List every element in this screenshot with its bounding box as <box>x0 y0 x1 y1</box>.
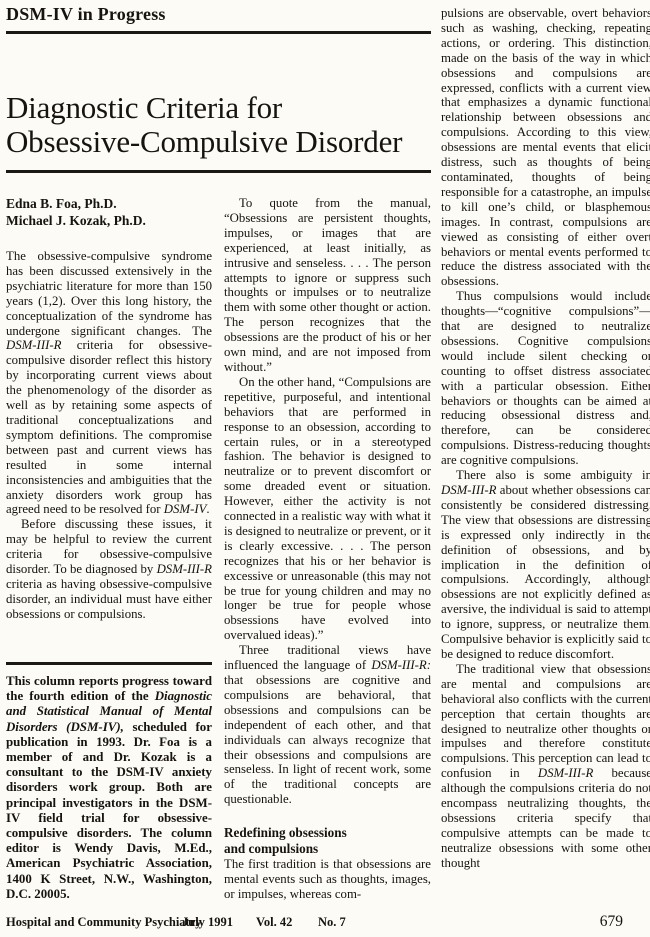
issue-number: No. 7 <box>318 915 346 930</box>
left-column: Edna B. Foa, Ph.D. Michael J. Kozak, Ph.… <box>6 196 212 902</box>
paragraph: On the other hand, “Compulsions are repe… <box>224 375 431 643</box>
paragraph: Three traditional views have influenced … <box>224 643 431 807</box>
footer: Hospital and Community Psychiatry July 1… <box>6 912 647 930</box>
paragraph: This column reports progress toward the … <box>6 674 212 902</box>
article-title: Diagnostic Criteria for Obsessive-Compul… <box>6 91 431 159</box>
left-column-text: The obsessive-compulsive syndrome has be… <box>6 249 212 622</box>
journal-page: DSM-IV in Progress Diagnostic Criteria f… <box>0 0 650 937</box>
byline: Edna B. Foa, Ph.D. Michael J. Kozak, Ph.… <box>6 196 212 229</box>
section-heading: Redefining obsessions and compulsions <box>224 825 431 856</box>
right-column-text: pulsions are observable, overt behaviors… <box>441 6 650 871</box>
paragraph: The traditional view that obsessions are… <box>441 662 650 871</box>
right-column: pulsions are observable, overt behaviors… <box>441 4 650 898</box>
middle-column: To quote from the manual, “Obsessions ar… <box>224 196 431 902</box>
paragraph: Thus compulsions would include thoughts—… <box>441 289 650 468</box>
page-number: 679 <box>600 913 623 931</box>
journal-name: Hospital and Community Psychiatry <box>6 915 202 930</box>
masthead: DSM-IV in Progress Diagnostic Criteria f… <box>6 4 431 173</box>
page-content: DSM-IV in Progress Diagnostic Criteria f… <box>6 4 647 902</box>
editor-note-text: This column reports progress toward the … <box>6 674 212 902</box>
issue-date: July 1991 <box>182 915 233 930</box>
title-rule <box>6 170 431 173</box>
paragraph: To quote from the manual, “Obsessions ar… <box>224 196 431 375</box>
section-label: DSM-IV in Progress <box>6 4 431 25</box>
volume: Vol. 42 <box>256 915 292 930</box>
middle-column-text: To quote from the manual, “Obsessions ar… <box>224 196 431 902</box>
paragraph: Before discussing these issues, it may b… <box>6 517 212 621</box>
text-columns: Edna B. Foa, Ph.D. Michael J. Kozak, Ph.… <box>6 196 431 902</box>
editor-note: This column reports progress toward the … <box>6 662 212 902</box>
editor-note-rule <box>6 662 212 665</box>
left-two-thirds: DSM-IV in Progress Diagnostic Criteria f… <box>6 4 431 902</box>
paragraph: There also is some ambiguity in DSM-III-… <box>441 468 650 662</box>
paragraph: pulsions are observable, overt behaviors… <box>441 6 650 289</box>
paragraph: The obsessive-compulsive syndrome has be… <box>6 249 212 517</box>
masthead-rule <box>6 31 431 34</box>
paragraph: The first tradition is that obsessions a… <box>224 857 431 902</box>
